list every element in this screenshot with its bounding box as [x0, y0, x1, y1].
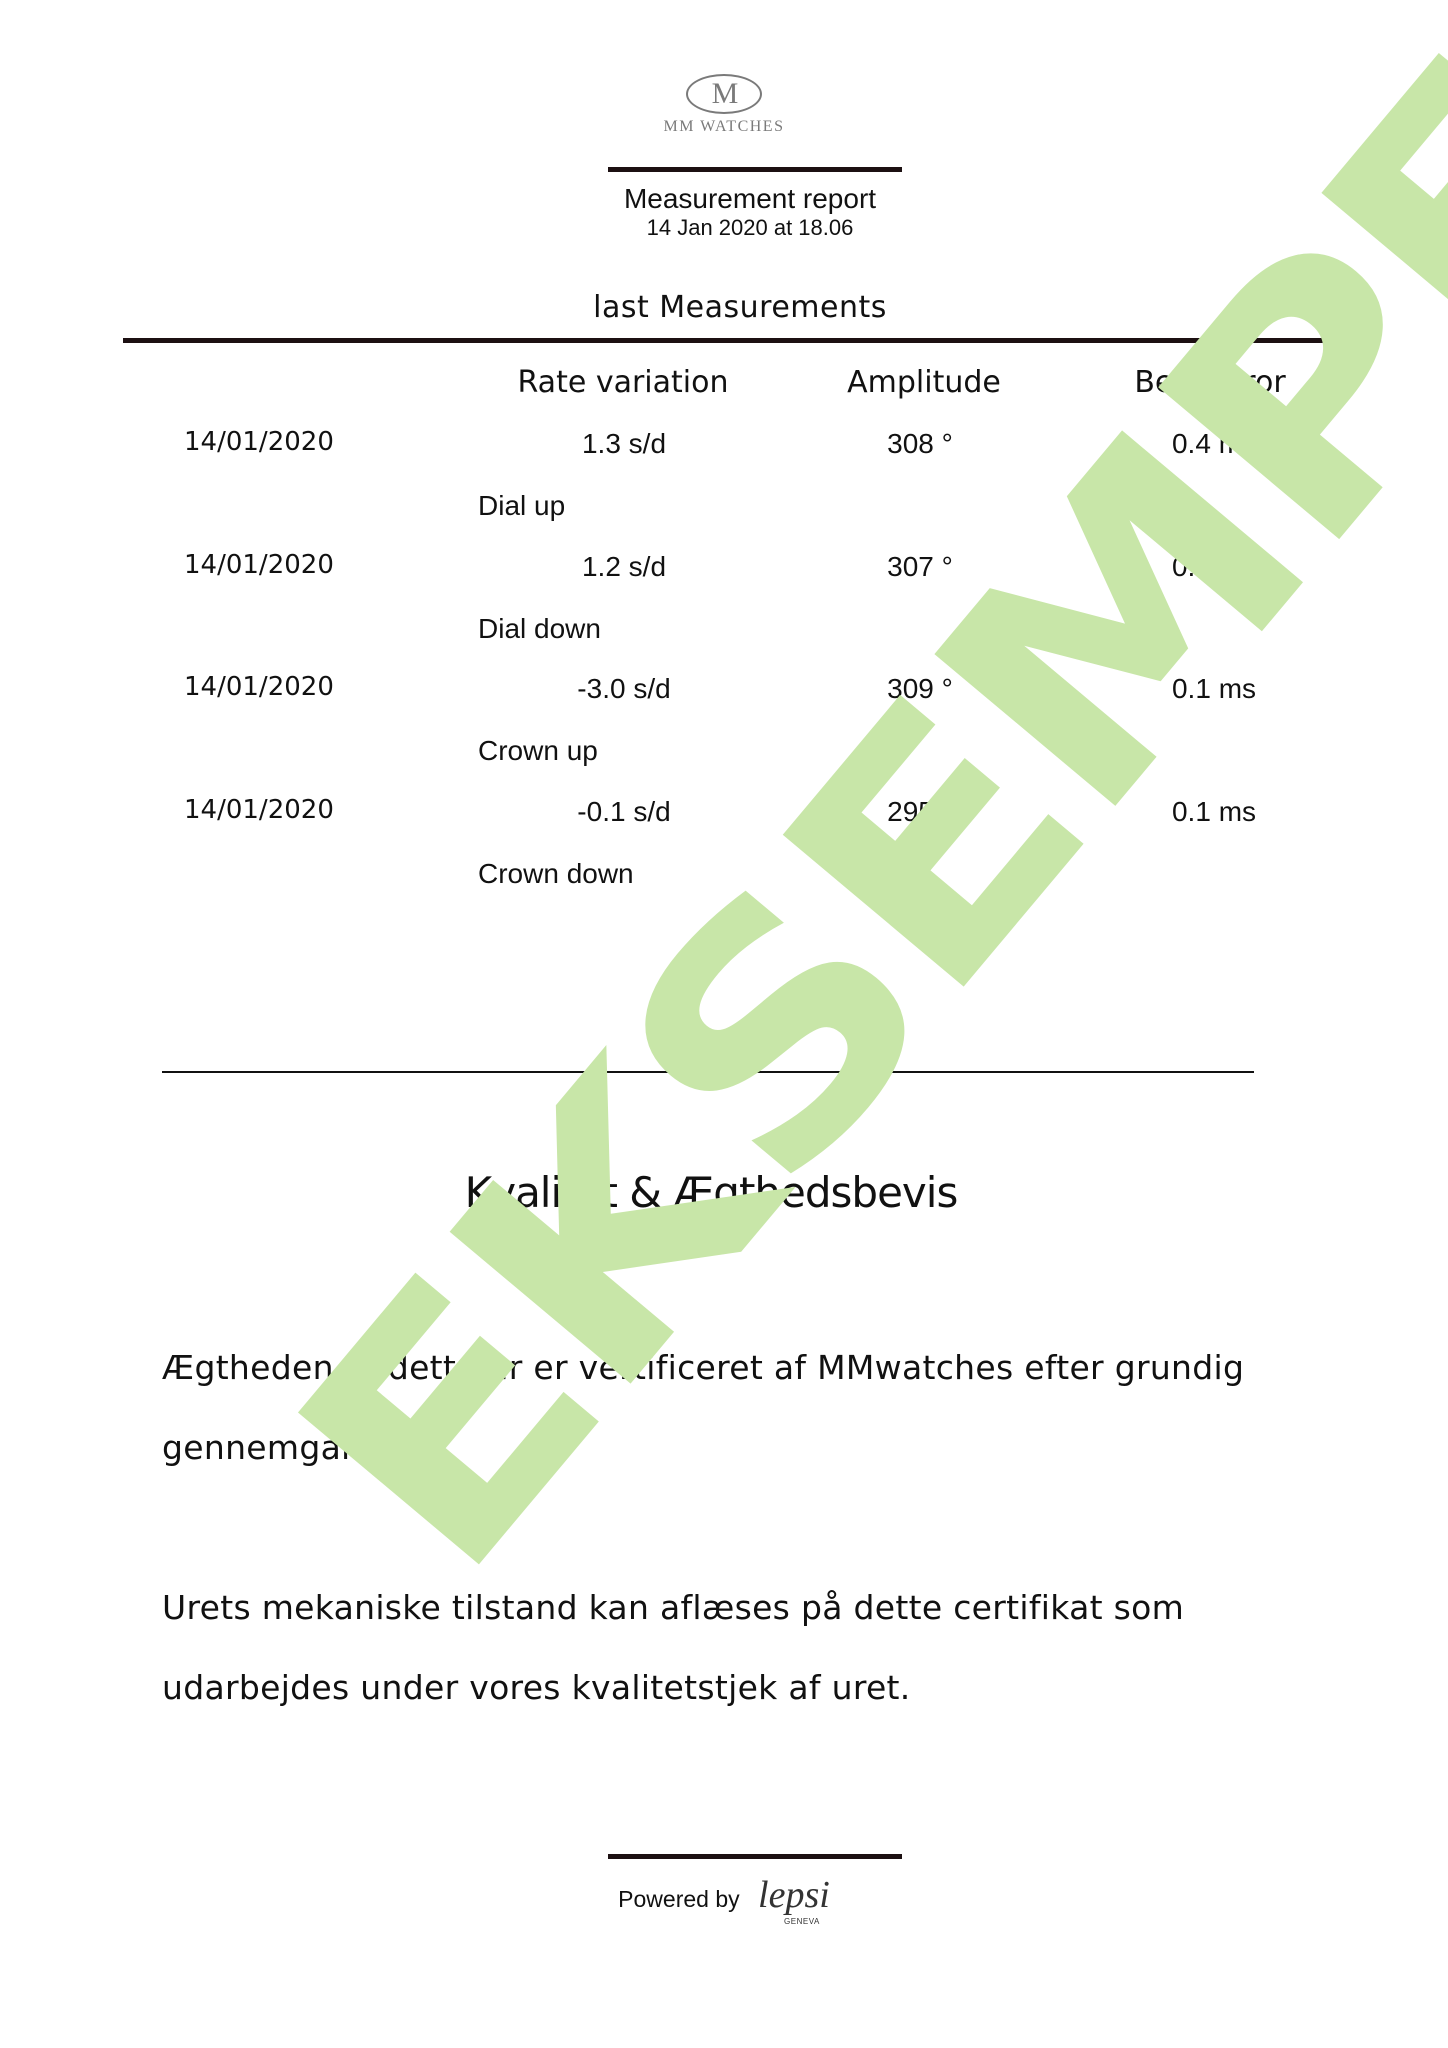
certificate-paragraph-2-line-1: Urets mekaniske tilstand kan aflæses på …	[162, 1588, 1184, 1627]
row-position: Crown down	[478, 858, 634, 890]
row-amplitude: 307 °	[790, 551, 1050, 583]
row-date: 14/01/2020	[184, 672, 334, 702]
row-rate: 1.2 s/d	[494, 551, 754, 583]
header-rate-variation: Rate variation	[473, 365, 773, 400]
row-amplitude: 308 °	[790, 428, 1050, 460]
lepsi-sub: GENEVA	[784, 1917, 820, 1926]
row-position: Dial down	[478, 613, 601, 645]
row-date: 14/01/2020	[184, 550, 334, 580]
content-divider	[162, 1071, 1254, 1073]
certificate-paragraph-2-line-2: udarbejdes under vores kvalitetstjek af …	[162, 1668, 911, 1707]
powered-by-label: Powered by	[618, 1886, 739, 1912]
lepsi-logo: lepsiGENEVA	[758, 1874, 830, 1916]
row-rate: -0.1 s/d	[494, 796, 754, 828]
footer-divider	[608, 1854, 902, 1859]
header-divider	[608, 167, 902, 172]
row-beat-error: 0.1 ms	[1084, 673, 1344, 705]
certificate-paragraph-1-line-1: Ægtheden af dette ur er vertificeret af …	[162, 1348, 1244, 1387]
section-divider	[123, 338, 1349, 343]
row-position: Crown up	[478, 735, 598, 767]
row-beat-error: 0.1 ms	[1084, 796, 1344, 828]
logo-monogram-icon: M	[686, 74, 762, 114]
section-title: last Measurements	[0, 290, 1448, 325]
row-date: 14/01/2020	[184, 795, 334, 825]
row-amplitude: 309 °	[790, 673, 1050, 705]
row-beat-error: 0.4 ms	[1084, 428, 1344, 460]
report-title: Measurement report	[0, 183, 1448, 215]
logo-brand-name: MM WATCHES	[0, 118, 1448, 136]
row-rate: -3.0 s/d	[494, 673, 754, 705]
header-amplitude: Amplitude	[774, 365, 1074, 400]
certificate-heading: Kvalitet & Ægthedsbevis	[0, 1168, 1422, 1217]
watermark: EKSEMPEL	[248, 418, 1332, 1622]
row-amplitude: 295 °	[790, 796, 1050, 828]
row-position: Dial up	[478, 490, 565, 522]
row-rate: 1.3 s/d	[494, 428, 754, 460]
row-date: 14/01/2020	[184, 427, 334, 457]
lepsi-brand: lepsi	[758, 1874, 830, 1916]
header-beat-error: Beat error	[1060, 365, 1360, 400]
row-beat-error: 0.5 ms	[1084, 551, 1344, 583]
brand-logo: M MM WATCHES	[0, 74, 1448, 136]
report-date: 14 Jan 2020 at 18.06	[0, 215, 1448, 241]
certificate-paragraph-1-line-2: gennemgang.	[162, 1428, 394, 1467]
footer: Powered by lepsiGENEVA	[0, 1873, 1448, 1917]
